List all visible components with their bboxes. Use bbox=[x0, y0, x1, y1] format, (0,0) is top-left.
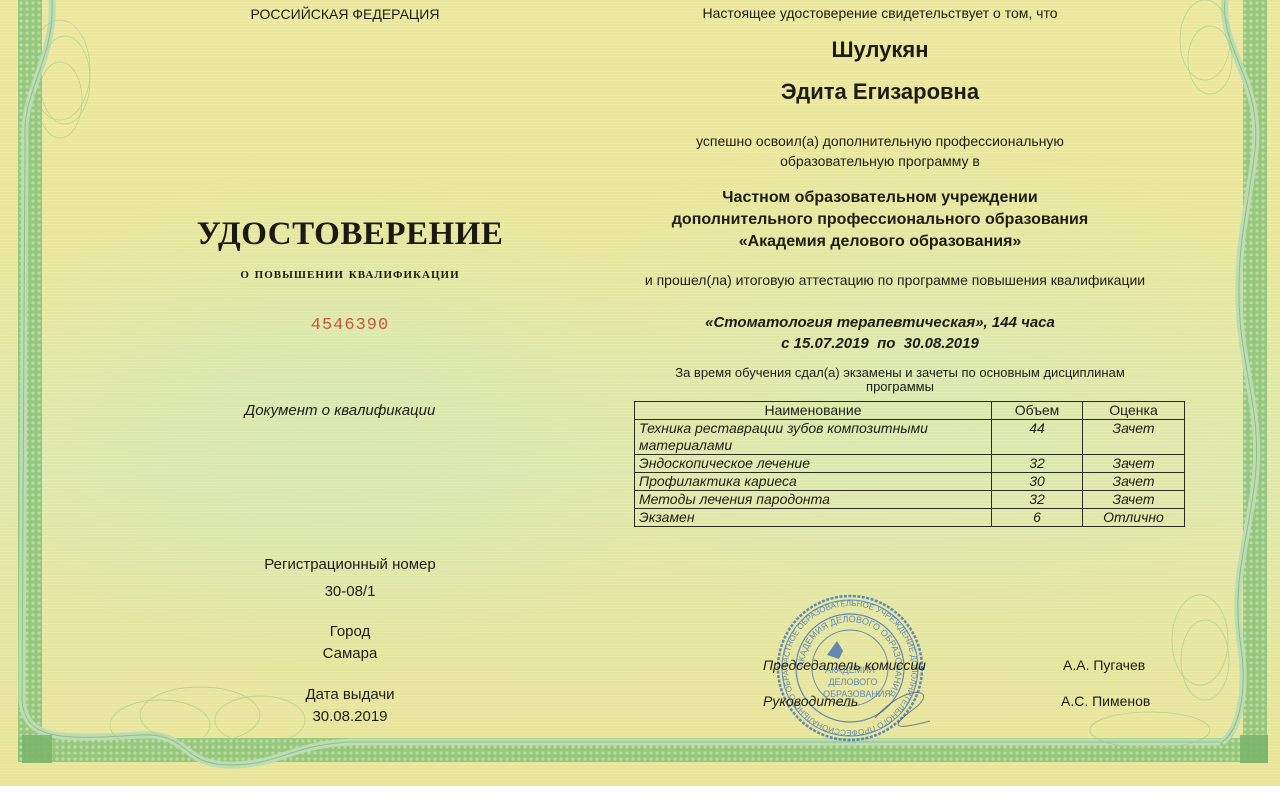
header-hours: Объем bbox=[992, 402, 1083, 420]
certifies-statement: Настоящее удостоверение свидетельствует … bbox=[600, 5, 1160, 21]
serial-number: 4546390 bbox=[240, 316, 460, 335]
discipline-name: Методы лечения пародонта bbox=[635, 491, 992, 509]
head-title: Руководитель bbox=[763, 693, 858, 709]
header-grade: Оценка bbox=[1083, 402, 1185, 420]
mastered-statement: успешно освоил(а) дополнительную професс… bbox=[600, 131, 1160, 171]
city-label: Город bbox=[200, 623, 500, 640]
table-row: Эндоскопическое лечение 32 Зачет bbox=[635, 455, 1185, 473]
institution-line-1: Частном образовательном учреждении bbox=[600, 187, 1160, 209]
discipline-grade: Зачет bbox=[1083, 455, 1185, 473]
issue-date-label: Дата выдачи bbox=[200, 686, 500, 703]
institution-line-3: «Академия делового образования» bbox=[600, 231, 1160, 253]
table-header-row: Наименование Объем Оценка bbox=[635, 402, 1185, 420]
discipline-name: Профилактика кариеса bbox=[635, 473, 992, 491]
program-period: с 15.07.2019 по 30.08.2019 bbox=[600, 333, 1160, 354]
discipline-grade: Зачет bbox=[1083, 491, 1185, 509]
table-row: Методы лечения пародонта 32 Зачет bbox=[635, 491, 1185, 509]
discipline-hours: 32 bbox=[992, 491, 1083, 509]
discipline-hours: 32 bbox=[992, 455, 1083, 473]
registration-number-label: Регистрационный номер bbox=[200, 556, 500, 573]
document-subtitle: о повышении квалификации bbox=[140, 266, 560, 283]
chair-title: Председатель комиссии bbox=[763, 657, 926, 673]
issue-date: 30.08.2019 bbox=[200, 708, 500, 725]
exams-note-line-2: программы bbox=[620, 380, 1180, 394]
guilloche-border-decoration bbox=[0, 0, 1280, 800]
discipline-hours: 6 bbox=[992, 509, 1083, 527]
discipline-hours: 30 bbox=[992, 473, 1083, 491]
registration-number: 30-08/1 bbox=[200, 583, 500, 600]
country-heading: РОССИЙСКАЯ ФЕДЕРАЦИЯ bbox=[195, 6, 495, 22]
header-name: Наименование bbox=[635, 402, 992, 420]
holder-surname: Шулукян bbox=[600, 37, 1160, 63]
document-type: Документ о квалификации bbox=[180, 402, 500, 419]
grades-table: Наименование Объем Оценка Техника рестав… bbox=[634, 401, 1185, 527]
institution-name: Частном образовательном учреждении допол… bbox=[600, 187, 1160, 253]
discipline-name: Техника реставрации зубов композитными м… bbox=[635, 420, 992, 455]
exams-note: За время обучения сдал(а) экзамены и зач… bbox=[620, 366, 1180, 394]
table-row: Профилактика кариеса 30 Зачет bbox=[635, 473, 1185, 491]
document-title: УДОСТОВЕРЕНИЕ bbox=[140, 216, 560, 253]
chair-name: А.А. Пугачев bbox=[1063, 657, 1145, 673]
head-name: А.С. Пименов bbox=[1061, 693, 1150, 709]
mastered-line-2: образовательную программу в bbox=[600, 151, 1160, 171]
program-info: «Стоматология терапевтическая», 144 часа… bbox=[600, 312, 1160, 354]
program-name: «Стоматология терапевтическая», 144 часа bbox=[600, 312, 1160, 333]
svg-text:ДЕЛОВОГО: ДЕЛОВОГО bbox=[828, 677, 877, 687]
attestation-statement: и прошел(ла) итоговую аттестацию по прог… bbox=[600, 272, 1190, 288]
city: Самара bbox=[200, 645, 500, 662]
mastered-line-1: успешно освоил(а) дополнительную професс… bbox=[600, 131, 1160, 151]
holder-given-names: Эдита Егизаровна bbox=[600, 79, 1160, 105]
discipline-name: Эндоскопическое лечение bbox=[635, 455, 992, 473]
table-row: Экзамен 6 Отлично bbox=[635, 509, 1185, 527]
discipline-name: Экзамен bbox=[635, 509, 992, 527]
discipline-grade: Зачет bbox=[1083, 473, 1185, 491]
discipline-grade: Отлично bbox=[1083, 509, 1185, 527]
table-row: Техника реставрации зубов композитными м… bbox=[635, 420, 1185, 455]
discipline-grade: Зачет bbox=[1083, 420, 1185, 455]
exams-note-line-1: За время обучения сдал(а) экзамены и зач… bbox=[620, 366, 1180, 380]
institution-line-2: дополнительного профессионального образо… bbox=[600, 209, 1160, 231]
discipline-hours: 44 bbox=[992, 420, 1083, 455]
